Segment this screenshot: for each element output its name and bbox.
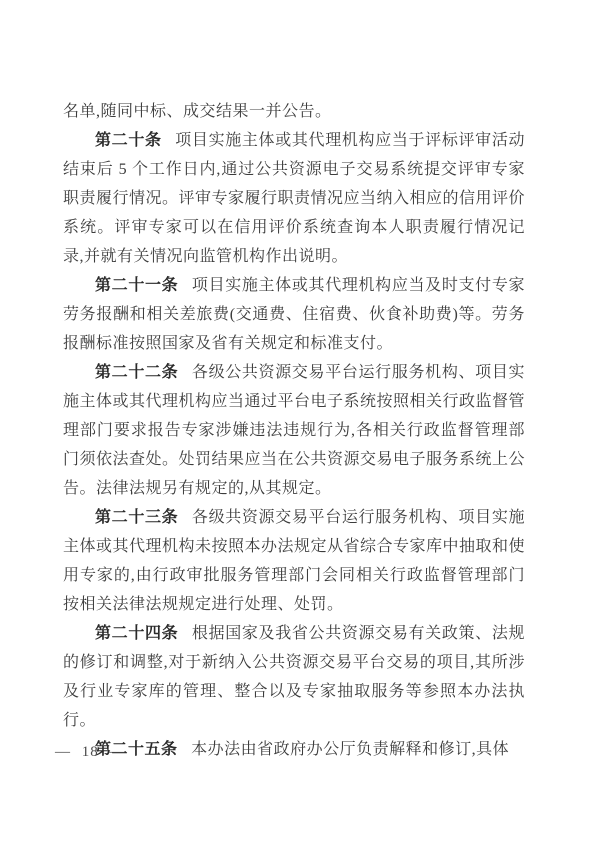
document-page: 名单,随同中标、成交结果一并公告。 第二十条项目实施主体或其代理机构应当于评标评… xyxy=(0,0,594,843)
page-number: — 18 — xyxy=(55,743,126,761)
article-paragraph: 第二十一条项目实施主体或其代理机构应当及时支付专家劳务报酬和相关差旅费(交通费、… xyxy=(63,271,525,358)
paragraph-text: 名单,随同中标、成交结果一并公告。 xyxy=(63,103,332,120)
article-paragraph: 名单,随同中标、成交结果一并公告。 xyxy=(63,97,525,126)
paragraph-text: 项目实施主体或其代理机构应当于评标评审活动结束后 5 个工作日内,通过公共资源电… xyxy=(63,132,525,265)
article-paragraph: 第二十条项目实施主体或其代理机构应当于评标评审活动结束后 5 个工作日内,通过公… xyxy=(63,126,525,271)
article-heading: 第二十三条 xyxy=(95,509,178,526)
article-paragraph: 第二十二条各级公共资源交易平台运行服务机构、项目实施主体或其代理机构应当通过平台… xyxy=(63,358,525,503)
article-heading: 第二十一条 xyxy=(95,277,178,294)
article-heading: 第二十条 xyxy=(95,132,162,149)
article-paragraph: 第二十四条根据国家及我省公共资源交易有关政策、法规的修订和调整,对于新纳入公共资… xyxy=(63,619,525,735)
article-heading: 第二十二条 xyxy=(95,364,178,381)
article-paragraph: 第二十三条各级共资源交易平台运行服务机构、项目实施主体或其代理机构未按照本办法规… xyxy=(63,503,525,619)
article-paragraph: 第二十五条本办法由省政府办公厅负责解释和修订,具体 xyxy=(63,735,525,764)
paragraph-text: 各级公共资源交易平台运行服务机构、项目实施主体或其代理机构应当通过平台电子系统按… xyxy=(63,364,525,497)
paragraph-text: 本办法由省政府办公厅负责解释和修订,具体 xyxy=(191,741,509,758)
article-heading: 第二十四条 xyxy=(95,625,178,642)
document-body: 名单,随同中标、成交结果一并公告。 第二十条项目实施主体或其代理机构应当于评标评… xyxy=(63,97,525,764)
